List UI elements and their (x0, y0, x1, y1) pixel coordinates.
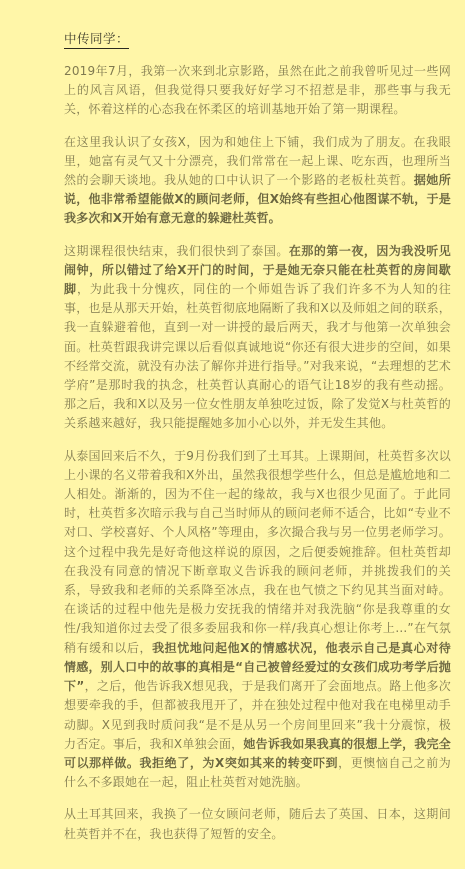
paragraph-1: 2019年7月，我第一次来到北京影路，虽然在此之前我曾听见过一些网上的风言风语，… (64, 62, 451, 120)
paragraph-4: 从泰国回来后不久，于9月份我们到了土耳其。上课期间，杜英哲多次以上小课的名义带着… (64, 447, 451, 793)
paragraph-3: 这期课程很快结束，我们很快到了泰国。在那的第一夜，因为我没听见闹钟，所以错过了给… (64, 242, 451, 434)
paragraph-5: 从土耳其回来，我换了一位女顾问老师，随后去了英国、日本，这期间杜英哲并不在，我也… (64, 805, 451, 843)
paragraph-2-text: 在这里我认识了女孩X，因为和她住上下铺，我们成为了朋友。在我眼里，她富有灵气又十… (64, 135, 451, 187)
paragraph-3-text-cont: ，为此我十分愧疚，同住的一个师姐告诉了我们许多不为人知的往事，也是从那天开始，杜… (64, 282, 451, 430)
salutation-heading: 中传同学： (64, 29, 129, 49)
paragraph-2: 在这里我认识了女孩X，因为和她住上下铺，我们成为了朋友。在我眼里，她富有灵气又十… (64, 133, 451, 229)
paragraph-1-text: 2019年7月，我第一次来到北京影路，虽然在此之前我曾听见过一些网上的风言风语，… (64, 64, 451, 116)
paragraph-5-text: 从土耳其回来，我换了一位女顾问老师，随后去了英国、日本，这期间杜英哲并不在，我也… (64, 807, 451, 840)
paragraph-3-text: 这期课程很快结束，我们很快到了泰国。 (64, 244, 289, 258)
document-page: 中传同学： 2019年7月，我第一次来到北京影路，虽然在此之前我曾听见过一些网上… (0, 0, 465, 844)
paragraph-4-text: 从泰国回来后不久，于9月份我们到了土耳其。上课期间，杜英哲多次以上小课的名义带着… (64, 449, 451, 655)
